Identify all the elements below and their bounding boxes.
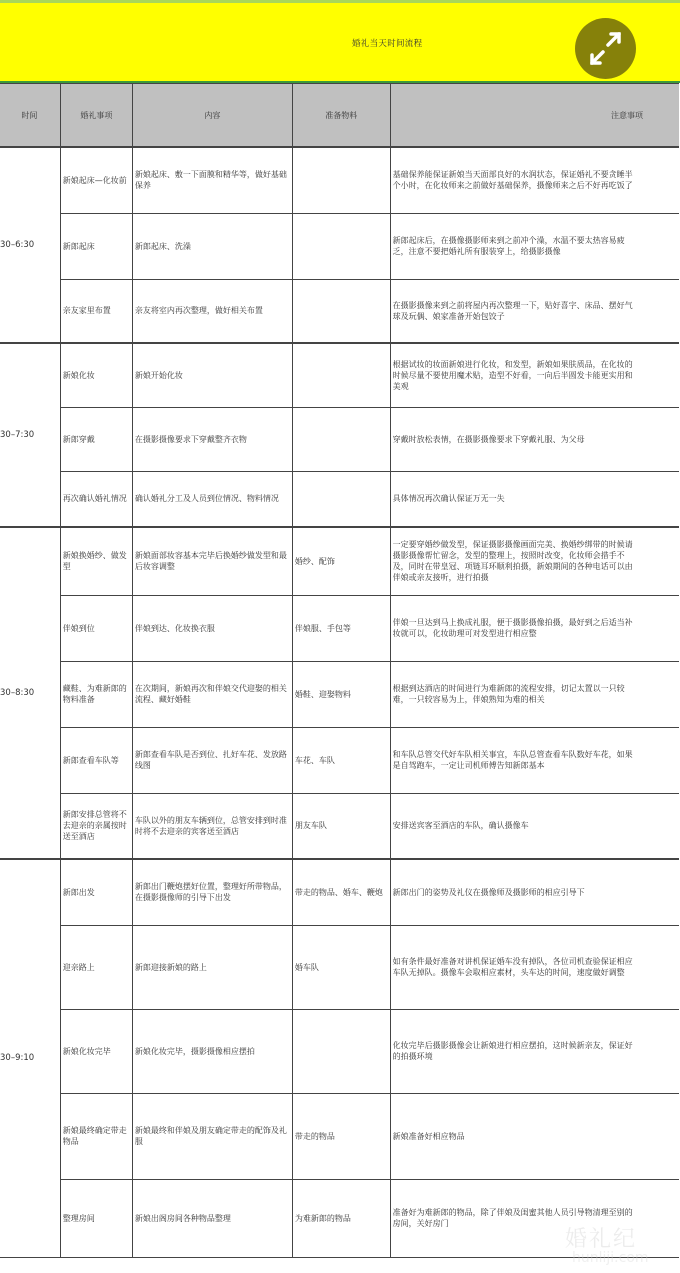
table-row: 新郎起床新郎起床、洗澡新郎起床后，在摄像摄影师来到之前冲个澡，水温不要太热容易疲… (0, 213, 679, 279)
schedule-table: 时间 婚礼事项 内容 准备物料 注意事项 30–6:30新娘起床—化妆前新娘起床… (0, 83, 679, 1258)
notes-cell: 化妆完毕后摄影摄像会让新娘进行相应摆拍，这时候新亲友，保证好的拍摄环境 (390, 1009, 679, 1093)
notes-cell: 新娘准备好相应物品 (390, 1093, 679, 1179)
header-notes: 注意事项 (390, 84, 679, 148)
table-row: 伴娘到位伴娘到达、化妆换衣服伴娘服、手包等伴娘一旦达到马上换成礼服，便于摄影摄像… (0, 595, 679, 661)
table-row: 再次确认婚礼情况确认婚礼分工及人员到位情况、物料情况具体情况再次确认保证万无一失 (0, 471, 679, 527)
notes-text: 具体情况再次确认保证万无一失 (393, 493, 633, 504)
table-header-row: 时间 婚礼事项 内容 准备物料 注意事项 (0, 84, 679, 148)
time-cell: 30–8:30 (0, 527, 60, 859)
header-materials: 准备物料 (292, 84, 390, 148)
time-cell: 30–9:10 (0, 859, 60, 1257)
materials-cell: 车花、车队 (292, 727, 390, 793)
content-cell: 亲友将室内再次整理，做好相关布置 (132, 279, 292, 343)
notes-text: 根据到达酒店的时间进行为难新郎的流程安排，切记太置以一只较难，一只较容易为上，伴… (393, 683, 633, 705)
item-cell: 亲友家里布置 (60, 279, 132, 343)
content-cell: 新郎出门鞭炮摆好位置，整理好所带物品，在摄影摄像师的引导下出发 (132, 859, 292, 925)
content-cell: 在摄影摄像要求下穿戴整齐衣物 (132, 407, 292, 471)
content-cell: 新娘起床、敷一下面膜和精华等，做好基础保养 (132, 147, 292, 213)
item-cell: 新郎安排总管将不去迎亲的亲属按时送至酒店 (60, 793, 132, 859)
table-row: 整理房间新娘出阁房间各种物品整理为难新郎的物品准备好为难新郎的物品，除了伴娘及闺… (0, 1179, 679, 1257)
content-cell: 新娘最终和伴娘及朋友确定带走的配饰及礼服 (132, 1093, 292, 1179)
materials-cell: 带走的物品、婚车、鞭炮 (292, 859, 390, 925)
item-cell: 整理房间 (60, 1179, 132, 1257)
table-row: 新郎查看车队等新郎查看车队是否到位、扎好车花、发放路线图车花、车队和车队总管交代… (0, 727, 679, 793)
item-cell: 新郎穿戴 (60, 407, 132, 471)
notes-text: 基础保养能保证新娘当天面部良好的水润状态，保证婚礼不要贪睡半个小时，在化妆师来之… (393, 169, 633, 191)
notes-cell: 和车队总管交代好车队相关事宜，车队总管查看车队数好车花，如果是自驾跑车，一定让司… (390, 727, 679, 793)
content-cell: 新娘开始化妆 (132, 343, 292, 407)
item-cell: 新郎查看车队等 (60, 727, 132, 793)
notes-cell: 基础保养能保证新娘当天面部良好的水润状态，保证婚礼不要贪睡半个小时，在化妆师来之… (390, 147, 679, 213)
notes-text: 新娘准备好相应物品 (393, 1131, 633, 1142)
notes-text: 穿戴时放松表情，在摄影摄像要求下穿戴礼服、为父母 (393, 434, 633, 445)
item-cell: 新娘化妆 (60, 343, 132, 407)
table-row: 30–8:30新娘换婚纱、做发型新娘面部妆容基本完毕后换婚纱做发型和最后妆容调整… (0, 527, 679, 595)
notes-cell: 新郎出门的姿势及礼仪在摄像师及摄影师的相应引导下 (390, 859, 679, 925)
header-item: 婚礼事项 (60, 84, 132, 148)
notes-cell: 在摄影摄像来到之前将屋内再次整理一下，贴好喜字、床品、摆好气球及玩偶、娘家准备开… (390, 279, 679, 343)
content-cell: 新郎迎接新娘的路上 (132, 925, 292, 1009)
item-cell: 新娘换婚纱、做发型 (60, 527, 132, 595)
item-cell: 新娘最终确定带走物品 (60, 1093, 132, 1179)
notes-cell: 根据到达酒店的时间进行为难新郎的流程安排，切记太置以一只较难，一只较容易为上，伴… (390, 661, 679, 727)
table-row: 藏鞋、为难新郎的物料准备在次期间，新娘再次和伴娘交代迎娶的相关流程、藏好婚鞋婚鞋… (0, 661, 679, 727)
notes-cell: 一定要穿婚纱做发型，保证摄影摄像画面完美、换婚纱绑带的时候请摄影摄像帮忙留念，发… (390, 527, 679, 595)
notes-text: 和车队总管交代好车队相关事宜，车队总管查看车队数好车花，如果是自驾跑车，一定让司… (393, 749, 633, 771)
materials-cell: 婚车队 (292, 925, 390, 1009)
content-cell: 新郎起床、洗澡 (132, 213, 292, 279)
notes-cell: 准备好为难新郎的物品，除了伴娘及闺蜜其他人员引导物清理至别的房间，关好房门 (390, 1179, 679, 1257)
materials-cell: 朋友车队 (292, 793, 390, 859)
materials-cell (292, 1009, 390, 1093)
content-cell: 新郎查看车队是否到位、扎好车花、发放路线图 (132, 727, 292, 793)
materials-cell: 伴娘服、手包等 (292, 595, 390, 661)
notes-cell: 新郎起床后，在摄像摄影师来到之前冲个澡，水温不要太热容易疲乏，注意不要把婚礼所有… (390, 213, 679, 279)
materials-cell (292, 279, 390, 343)
notes-text: 准备好为难新郎的物品，除了伴娘及闺蜜其他人员引导物清理至别的房间，关好房门 (393, 1207, 633, 1229)
content-cell: 确认婚礼分工及人员到位情况、物料情况 (132, 471, 292, 527)
notes-cell: 根据试妆的妆面新娘进行化妆，和发型，新娘如果肤质品，在化妆的时候尽量不要使用魔术… (390, 343, 679, 407)
table-row: 新娘最终确定带走物品新娘最终和伴娘及朋友确定带走的配饰及礼服带走的物品新娘准备好… (0, 1093, 679, 1179)
time-cell: 30–6:30 (0, 147, 60, 343)
time-cell: 30–7:30 (0, 343, 60, 527)
item-cell: 新郎出发 (60, 859, 132, 925)
materials-cell: 婚纱、配饰 (292, 527, 390, 595)
content-cell: 新娘面部妆容基本完毕后换婚纱做发型和最后妆容调整 (132, 527, 292, 595)
page-title: 婚礼当天时间流程 (352, 37, 422, 49)
notes-cell: 如有条件最好准备对讲机保证婚车没有掉队，各位司机查验保证相应车队无掉队。摄像车会… (390, 925, 679, 1009)
item-cell: 迎亲路上 (60, 925, 132, 1009)
table-body: 30–6:30新娘起床—化妆前新娘起床、敷一下面膜和精华等，做好基础保养基础保养… (0, 147, 679, 1257)
notes-text: 在摄影摄像来到之前将屋内再次整理一下，贴好喜字、床品、摆好气球及玩偶、娘家准备开… (393, 300, 633, 322)
notes-cell: 穿戴时放松表情，在摄影摄像要求下穿戴礼服、为父母 (390, 407, 679, 471)
materials-cell (292, 471, 390, 527)
materials-cell (292, 213, 390, 279)
table-row: 迎亲路上新郎迎接新娘的路上婚车队如有条件最好准备对讲机保证婚车没有掉队，各位司机… (0, 925, 679, 1009)
notes-text: 如有条件最好准备对讲机保证婚车没有掉队，各位司机查验保证相应车队无掉队。摄像车会… (393, 956, 633, 978)
content-cell: 新娘出阁房间各种物品整理 (132, 1179, 292, 1257)
item-cell: 再次确认婚礼情况 (60, 471, 132, 527)
expand-arrows-icon (575, 18, 636, 79)
table-row: 新郎穿戴在摄影摄像要求下穿戴整齐衣物穿戴时放松表情，在摄影摄像要求下穿戴礼服、为… (0, 407, 679, 471)
table-row: 30–6:30新娘起床—化妆前新娘起床、敷一下面膜和精华等，做好基础保养基础保养… (0, 147, 679, 213)
notes-text: 一定要穿婚纱做发型，保证摄影摄像画面完美、换婚纱绑带的时候请摄影摄像帮忙留念，发… (393, 539, 633, 583)
header-content: 内容 (132, 84, 292, 148)
table-row: 30–7:30新娘化妆新娘开始化妆根据试妆的妆面新娘进行化妆，和发型，新娘如果肤… (0, 343, 679, 407)
content-cell: 在次期间，新娘再次和伴娘交代迎娶的相关流程、藏好婚鞋 (132, 661, 292, 727)
materials-cell: 婚鞋、迎娶物料 (292, 661, 390, 727)
header-time: 时间 (0, 84, 60, 148)
item-cell: 伴娘到位 (60, 595, 132, 661)
table-row: 新娘化妆完毕新娘化妆完毕，摄影摄像相应摆拍化妆完毕后摄影摄像会让新娘进行相应摆拍… (0, 1009, 679, 1093)
content-cell: 车队以外的朋友车辆到位，总管安排到时准时将不去迎亲的宾客送至酒店 (132, 793, 292, 859)
item-cell: 藏鞋、为难新郎的物料准备 (60, 661, 132, 727)
item-cell: 新娘化妆完毕 (60, 1009, 132, 1093)
table-row: 亲友家里布置亲友将室内再次整理，做好相关布置在摄影摄像来到之前将屋内再次整理一下… (0, 279, 679, 343)
notes-text: 新郎起床后，在摄像摄影师来到之前冲个澡，水温不要太热容易疲乏，注意不要把婚礼所有… (393, 235, 633, 257)
notes-text: 根据试妆的妆面新娘进行化妆，和发型，新娘如果肤质品，在化妆的时候尽量不要使用魔术… (393, 359, 633, 392)
materials-cell: 带走的物品 (292, 1093, 390, 1179)
item-cell: 新郎起床 (60, 213, 132, 279)
materials-cell: 为难新郎的物品 (292, 1179, 390, 1257)
notes-cell: 安排送宾客至酒店的车队，确认摄像车 (390, 793, 679, 859)
notes-text: 伴娘一旦达到马上换成礼服，便于摄影摄像拍摄，最好到之后适当补妆就可以，化妆助理可… (393, 617, 633, 639)
materials-cell (292, 343, 390, 407)
item-cell: 新娘起床—化妆前 (60, 147, 132, 213)
materials-cell (292, 407, 390, 471)
content-cell: 新娘化妆完毕，摄影摄像相应摆拍 (132, 1009, 292, 1093)
expand-button[interactable] (575, 18, 636, 79)
content-cell: 伴娘到达、化妆换衣服 (132, 595, 292, 661)
notes-text: 新郎出门的姿势及礼仪在摄像师及摄影师的相应引导下 (393, 887, 633, 898)
notes-text: 安排送宾客至酒店的车队，确认摄像车 (393, 820, 633, 831)
materials-cell (292, 147, 390, 213)
table-row: 新郎安排总管将不去迎亲的亲属按时送至酒店车队以外的朋友车辆到位，总管安排到时准时… (0, 793, 679, 859)
notes-text: 化妆完毕后摄影摄像会让新娘进行相应摆拍，这时候新亲友，保证好的拍摄环境 (393, 1040, 633, 1062)
notes-cell: 伴娘一旦达到马上换成礼服，便于摄影摄像拍摄，最好到之后适当补妆就可以，化妆助理可… (390, 595, 679, 661)
table-row: 30–9:10新郎出发新郎出门鞭炮摆好位置，整理好所带物品，在摄影摄像师的引导下… (0, 859, 679, 925)
notes-cell: 具体情况再次确认保证万无一失 (390, 471, 679, 527)
